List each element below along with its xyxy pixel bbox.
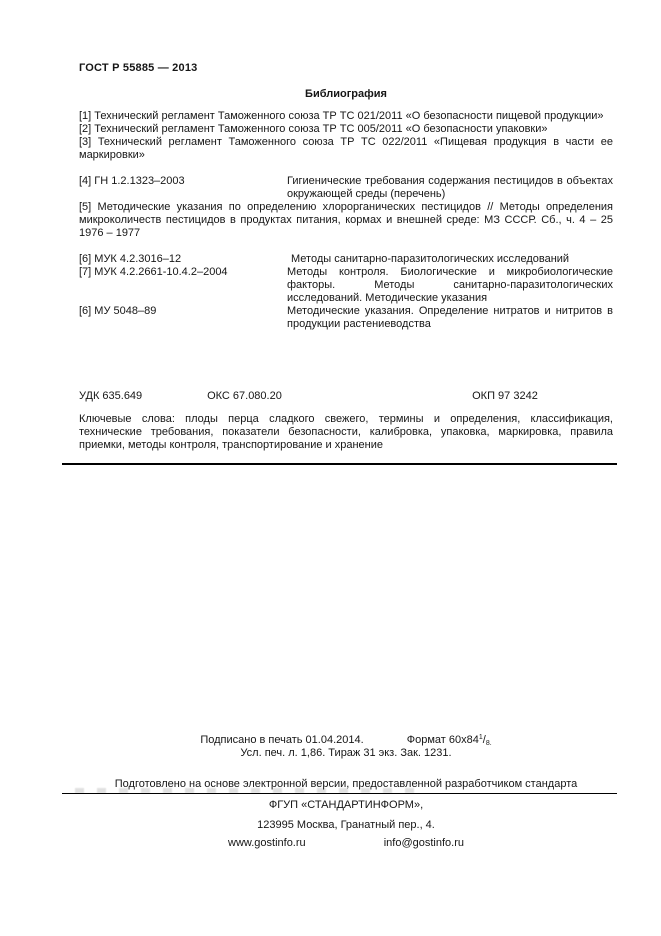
publisher-name: ФГУП «СТАНДАРТИНФОРМ», [79,799,613,812]
email-text: info@gostinfo.ru [384,837,464,850]
horizontal-rule-bottom [62,793,617,794]
signed-date: Подписано в печать 01.04.2014. [200,734,363,747]
reference-entry: [2] Технический регламент Таможенного со… [79,123,613,136]
method-references: [6] МУК 4.2.3016–12 Методы санитарно-пар… [79,253,613,331]
entry-label: [6] МУК 4.2.3016–12 [79,253,287,266]
okp-code: ОКП 97 3242 [472,390,538,403]
entry-label: [6] МУ 5048–89 [79,305,287,318]
reference-entry-mu: [5] Методические указания по определению… [79,201,613,240]
reference-entry-gn: [4] ГН 1.2.1323–2003 Гигиенические требо… [79,175,613,201]
entry-label: [7] МУК 4.2.2661-10.4.2–2004 [79,266,287,279]
entry-description: Методические указания. Определение нитра… [287,305,613,331]
horizontal-rule-top [62,463,617,465]
website-text: www.gostinfo.ru [228,837,306,850]
paper-format: Формат 60х841/8. [407,734,492,747]
bibliography-title: Библиография [79,88,613,101]
regulation-references: [1] Технический регламент Таможенного со… [79,110,613,162]
reference-entry-muk1: [6] МУК 4.2.3016–12 Методы санитарно-пар… [79,253,613,266]
reference-entry-mu5048: [6] МУ 5048–89 Методические указания. Оп… [79,305,613,331]
entry-description: Методы санитарно-паразитологических иссл… [287,253,613,266]
oks-code: ОКС 67.080.20 [207,390,469,403]
keywords-paragraph: Ключевые слова: плоды перца сладкого све… [79,413,613,452]
reference-entry: [3] Технический регламент Таможенного со… [79,136,613,162]
print-signature-line: Подписано в печать 01.04.2014. Формат 60… [79,734,613,747]
entry-description: Методы контроля. Биологические и микроби… [287,266,613,305]
publisher-address: 123995 Москва, Гранатный пер., 4. [79,819,613,832]
format-text: Формат 60х84 [407,734,479,746]
reference-entry-muk2: [7] МУК 4.2.2661-10.4.2–2004 Методы конт… [79,266,613,305]
document-number: ГОСТ Р 55885 — 2013 [79,62,613,75]
classification-codes: УДК 635.649 ОКС 67.080.20 ОКП 97 3242 [79,390,613,403]
contact-line: www.gostinfo.ru info@gostinfo.ru [79,837,613,850]
udk-code: УДК 635.649 [79,390,204,403]
reference-entry: [1] Технический регламент Таможенного со… [79,110,613,123]
prepared-note: Подготовлено на основе электронной верси… [79,778,613,791]
entry-label: [4] ГН 1.2.1323–2003 [79,175,287,188]
imprint-block: Подписано в печать 01.04.2014. Формат 60… [79,734,613,850]
entry-description: Гигиенические требования содержания пест… [287,175,613,201]
print-run-info: Усл. печ. л. 1,86. Тираж 31 экз. Зак. 12… [79,747,613,760]
main-content: ГОСТ Р 55885 — 2013 Библиография [1] Тех… [79,62,613,465]
document-page: ГОСТ Р 55885 — 2013 Библиография [1] Тех… [0,0,661,936]
format-denominator: 8. [486,740,492,747]
